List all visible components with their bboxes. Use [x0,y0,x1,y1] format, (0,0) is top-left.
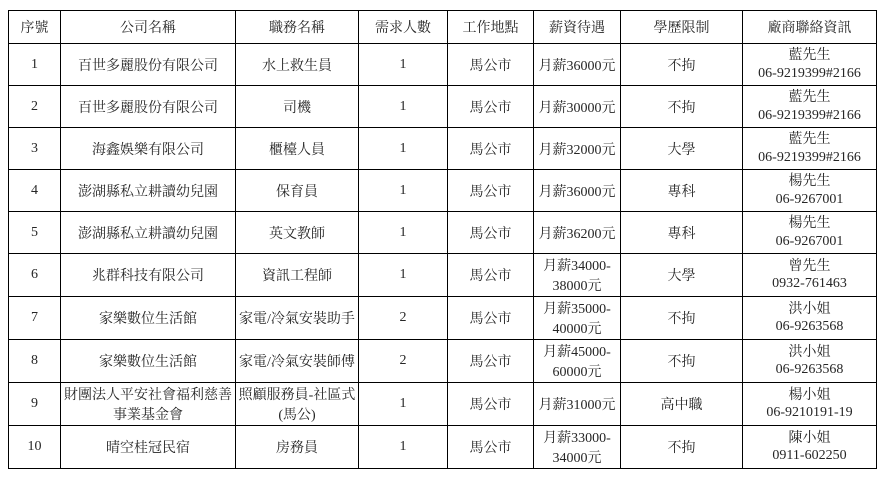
company-cell: 海鑫娛樂有限公司 [61,128,236,170]
headcount-cell: 1 [359,254,448,297]
header-salary: 薪資待遇 [534,11,621,44]
table-row: 5 澎湖縣私立耕讀幼兒園 英文教師 1 馬公市 月薪36200元 專科 楊先生 … [9,212,877,254]
contact-cell: 楊小姐 06-9210191-19 [743,383,877,426]
education-cell: 大學 [621,254,743,297]
contact-name: 楊先生 [745,215,874,233]
education-cell: 不拘 [621,44,743,86]
headcount-cell: 2 [359,297,448,340]
table-row: 6 兆群科技有限公司 資訊工程師 1 馬公市 月薪34000-38000元 大學… [9,254,877,297]
company-cell: 澎湖縣私立耕讀幼兒園 [61,212,236,254]
contact-phone: 06-9219399#2166 [745,107,874,125]
job-listing-table: 序號 公司名稱 職務名稱 需求人數 工作地點 薪資待遇 學歷限制 廠商聯絡資訊 … [8,10,877,469]
job-title-cell: 櫃檯人員 [236,128,359,170]
header-serial-number: 序號 [9,11,61,44]
contact-name: 藍先生 [745,89,874,107]
education-cell: 專科 [621,170,743,212]
company-cell: 財團法人平安社會福利慈善事業基金會 [61,383,236,426]
salary-cell: 月薪33000-34000元 [534,426,621,469]
serial-cell: 4 [9,170,61,212]
table-row: 4 澎湖縣私立耕讀幼兒園 保育員 1 馬公市 月薪36000元 專科 楊先生 0… [9,170,877,212]
contact-cell: 洪小姐 06-9263568 [743,340,877,383]
job-title-cell: 保育員 [236,170,359,212]
company-cell: 晴空桂冠民宿 [61,426,236,469]
contact-name: 藍先生 [745,131,874,149]
job-title-cell: 英文教師 [236,212,359,254]
headcount-cell: 1 [359,212,448,254]
education-cell: 高中職 [621,383,743,426]
header-job-title: 職務名稱 [236,11,359,44]
serial-cell: 10 [9,426,61,469]
location-cell: 馬公市 [448,170,534,212]
contact-cell: 楊先生 06-9267001 [743,212,877,254]
education-cell: 大學 [621,128,743,170]
company-cell: 兆群科技有限公司 [61,254,236,297]
header-employer-contact: 廠商聯絡資訊 [743,11,877,44]
location-cell: 馬公市 [448,128,534,170]
education-cell: 不拘 [621,340,743,383]
contact-phone: 06-9219399#2166 [745,149,874,167]
contact-cell: 曾先生 0932-761463 [743,254,877,297]
header-education-requirement: 學歷限制 [621,11,743,44]
education-cell: 不拘 [621,297,743,340]
company-cell: 百世多麗股份有限公司 [61,44,236,86]
location-cell: 馬公市 [448,426,534,469]
location-cell: 馬公市 [448,212,534,254]
table-row: 7 家樂數位生活館 家電/冷氣安裝助手 2 馬公市 月薪35000-40000元… [9,297,877,340]
table-row: 3 海鑫娛樂有限公司 櫃檯人員 1 馬公市 月薪32000元 大學 藍先生 06… [9,128,877,170]
serial-cell: 9 [9,383,61,426]
job-listing-table-container: 序號 公司名稱 職務名稱 需求人數 工作地點 薪資待遇 學歷限制 廠商聯絡資訊 … [8,10,877,469]
headcount-cell: 1 [359,383,448,426]
serial-cell: 3 [9,128,61,170]
contact-name: 洪小姐 [745,344,874,362]
serial-cell: 6 [9,254,61,297]
table-row: 2 百世多麗股份有限公司 司機 1 馬公市 月薪30000元 不拘 藍先生 06… [9,86,877,128]
contact-cell: 藍先生 06-9219399#2166 [743,86,877,128]
contact-phone: 06-9267001 [745,233,874,251]
salary-cell: 月薪31000元 [534,383,621,426]
company-cell: 家樂數位生活館 [61,297,236,340]
contact-cell: 陳小姐 0911-602250 [743,426,877,469]
salary-cell: 月薪36000元 [534,44,621,86]
contact-phone: 06-9210191-19 [745,404,874,422]
contact-cell: 洪小姐 06-9263568 [743,297,877,340]
contact-phone: 06-9263568 [745,318,874,336]
education-cell: 專科 [621,212,743,254]
salary-cell: 月薪32000元 [534,128,621,170]
company-cell: 百世多麗股份有限公司 [61,86,236,128]
contact-cell: 藍先生 06-9219399#2166 [743,128,877,170]
serial-cell: 8 [9,340,61,383]
contact-phone: 06-9267001 [745,191,874,209]
education-cell: 不拘 [621,86,743,128]
salary-cell: 月薪34000-38000元 [534,254,621,297]
location-cell: 馬公市 [448,383,534,426]
contact-phone: 0911-602250 [745,447,874,465]
table-row: 10 晴空桂冠民宿 房務員 1 馬公市 月薪33000-34000元 不拘 陳小… [9,426,877,469]
serial-cell: 1 [9,44,61,86]
headcount-cell: 1 [359,128,448,170]
job-title-cell: 司機 [236,86,359,128]
header-headcount: 需求人數 [359,11,448,44]
contact-name: 藍先生 [745,47,874,65]
header-work-location: 工作地點 [448,11,534,44]
company-cell: 家樂數位生活館 [61,340,236,383]
salary-cell: 月薪36200元 [534,212,621,254]
job-title-cell: 家電/冷氣安裝助手 [236,297,359,340]
contact-name: 楊先生 [745,173,874,191]
company-cell: 澎湖縣私立耕讀幼兒園 [61,170,236,212]
contact-name: 洪小姐 [745,301,874,319]
location-cell: 馬公市 [448,44,534,86]
header-row: 序號 公司名稱 職務名稱 需求人數 工作地點 薪資待遇 學歷限制 廠商聯絡資訊 [9,11,877,44]
headcount-cell: 1 [359,170,448,212]
contact-name: 陳小姐 [745,430,874,448]
serial-cell: 7 [9,297,61,340]
location-cell: 馬公市 [448,254,534,297]
job-title-cell: 照顧服務員-社區式(馬公) [236,383,359,426]
education-cell: 不拘 [621,426,743,469]
salary-cell: 月薪35000-40000元 [534,297,621,340]
job-title-cell: 水上救生員 [236,44,359,86]
headcount-cell: 1 [359,426,448,469]
contact-phone: 06-9219399#2166 [745,65,874,83]
table-row: 1 百世多麗股份有限公司 水上救生員 1 馬公市 月薪36000元 不拘 藍先生… [9,44,877,86]
serial-cell: 2 [9,86,61,128]
headcount-cell: 2 [359,340,448,383]
location-cell: 馬公市 [448,86,534,128]
contact-cell: 藍先生 06-9219399#2166 [743,44,877,86]
salary-cell: 月薪45000-60000元 [534,340,621,383]
table-row: 9 財團法人平安社會福利慈善事業基金會 照顧服務員-社區式(馬公) 1 馬公市 … [9,383,877,426]
contact-name: 楊小姐 [745,387,874,405]
job-title-cell: 房務員 [236,426,359,469]
contact-phone: 06-9263568 [745,361,874,379]
salary-cell: 月薪36000元 [534,170,621,212]
contact-cell: 楊先生 06-9267001 [743,170,877,212]
job-title-cell: 資訊工程師 [236,254,359,297]
contact-name: 曾先生 [745,258,874,276]
location-cell: 馬公市 [448,340,534,383]
table-row: 8 家樂數位生活館 家電/冷氣安裝師傅 2 馬公市 月薪45000-60000元… [9,340,877,383]
headcount-cell: 1 [359,86,448,128]
salary-cell: 月薪30000元 [534,86,621,128]
job-title-cell: 家電/冷氣安裝師傅 [236,340,359,383]
contact-phone: 0932-761463 [745,275,874,293]
serial-cell: 5 [9,212,61,254]
headcount-cell: 1 [359,44,448,86]
location-cell: 馬公市 [448,297,534,340]
header-company-name: 公司名稱 [61,11,236,44]
